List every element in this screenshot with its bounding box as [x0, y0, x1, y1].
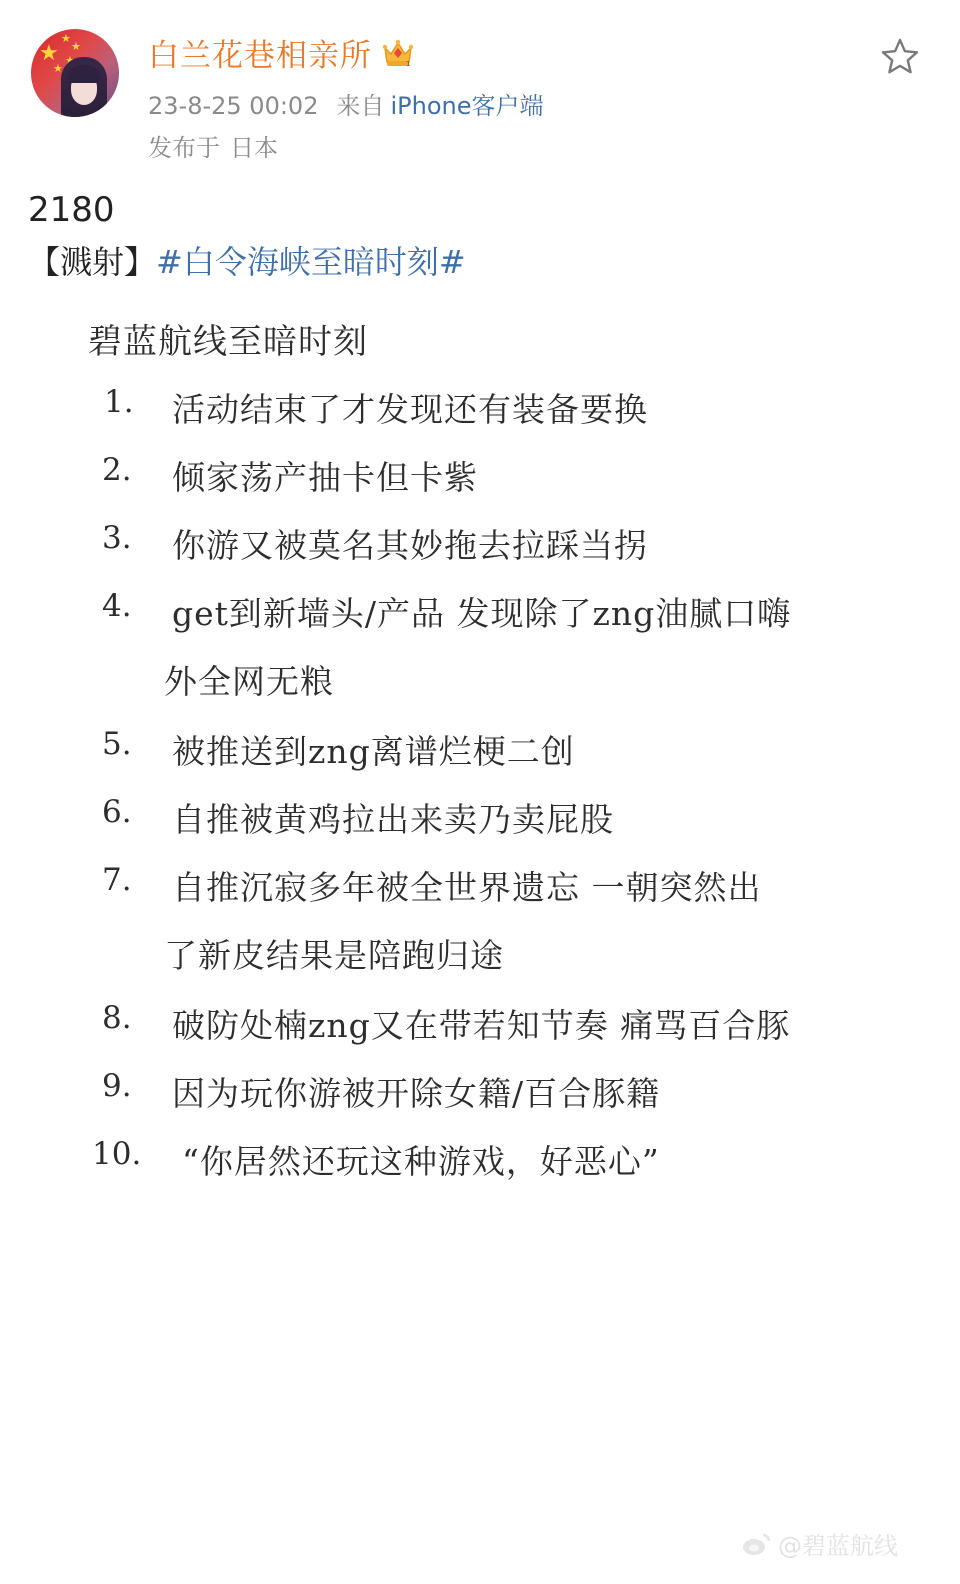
list-item-text: 自推沉寂多年被全世界遗忘 一朝突然出 — [172, 862, 762, 909]
post-line: 【溅射】#白令海峡至暗时刻# — [28, 238, 928, 286]
post-text: 2180 【溅射】#白令海峡至暗时刻# — [28, 188, 928, 286]
svg-text:1: 1 — [406, 60, 410, 68]
image-title: 碧蓝航线至暗时刻 — [88, 314, 368, 363]
post-meta: 23-8-25 00:02来自iPhone客户端 — [148, 86, 543, 121]
list-item-continuation: 了新皮结果是陪跑归途 — [164, 930, 504, 977]
watermark: @碧蓝航线 — [742, 1526, 898, 1561]
list-item-text: 活动结束了才发现还有装备要换 — [172, 384, 648, 431]
post-header: ★ ★ ★ ★ ★ 白兰花巷相亲所 1 23-8-25 00:02来自iPhon… — [0, 0, 960, 170]
crown-icon[interactable]: 1 — [382, 38, 414, 68]
list-item-text: get到新墙头/产品 发现除了zng油腻口嗨 — [172, 588, 791, 635]
post-location: 发布于日本 — [148, 128, 278, 163]
avatar-bangs — [67, 65, 101, 83]
source-client-link[interactable]: iPhone客户端 — [390, 92, 543, 120]
list-item-text: “你居然还玩这种游戏，好恶心” — [182, 1136, 660, 1183]
flag-star-icon: ★ — [71, 41, 81, 52]
post-timestamp: 23-8-25 00:02 — [148, 92, 318, 120]
post-number: 2180 — [28, 188, 928, 232]
star-outline-icon — [880, 37, 920, 77]
list-item-continuation: 外全网无粮 — [164, 656, 334, 703]
list-item-text: 被推送到zng离谱烂梗二创 — [172, 726, 575, 773]
list-item-text: 自推被黄鸡拉出来卖乃卖屁股 — [172, 794, 614, 841]
favorite-button[interactable] — [880, 37, 920, 77]
list-item-text: 破防处楠zng又在带若知节奏 痛骂百合豚 — [172, 1000, 790, 1047]
hashtag-link[interactable]: #白令海峡至暗时刻# — [156, 243, 466, 281]
list-item-text: 你游又被莫名其妙拖去拉踩当拐 — [172, 520, 648, 567]
post-image[interactable]: 碧蓝航线至暗时刻 1. 活动结束了才发现还有装备要换 2. 倾家荡产抽卡但卡紫 … — [0, 298, 960, 1584]
flag-star-icon: ★ — [61, 33, 71, 44]
location-label: 发布于 — [148, 134, 220, 162]
watermark-text: @碧蓝航线 — [778, 1526, 898, 1561]
list-item-text: 倾家荡产抽卡但卡紫 — [172, 452, 478, 499]
list-item-text: 因为玩你游被开除女籍/百合豚籍 — [172, 1068, 660, 1115]
weibo-logo-icon — [742, 1532, 772, 1556]
avatar[interactable]: ★ ★ ★ ★ ★ — [31, 29, 119, 117]
author-name[interactable]: 白兰花巷相亲所 — [148, 30, 372, 75]
author-row: 白兰花巷相亲所 1 — [148, 30, 414, 75]
post-prefix: 【溅射】 — [28, 243, 156, 281]
location-value: 日本 — [230, 134, 278, 162]
source-label: 来自 — [336, 92, 384, 120]
